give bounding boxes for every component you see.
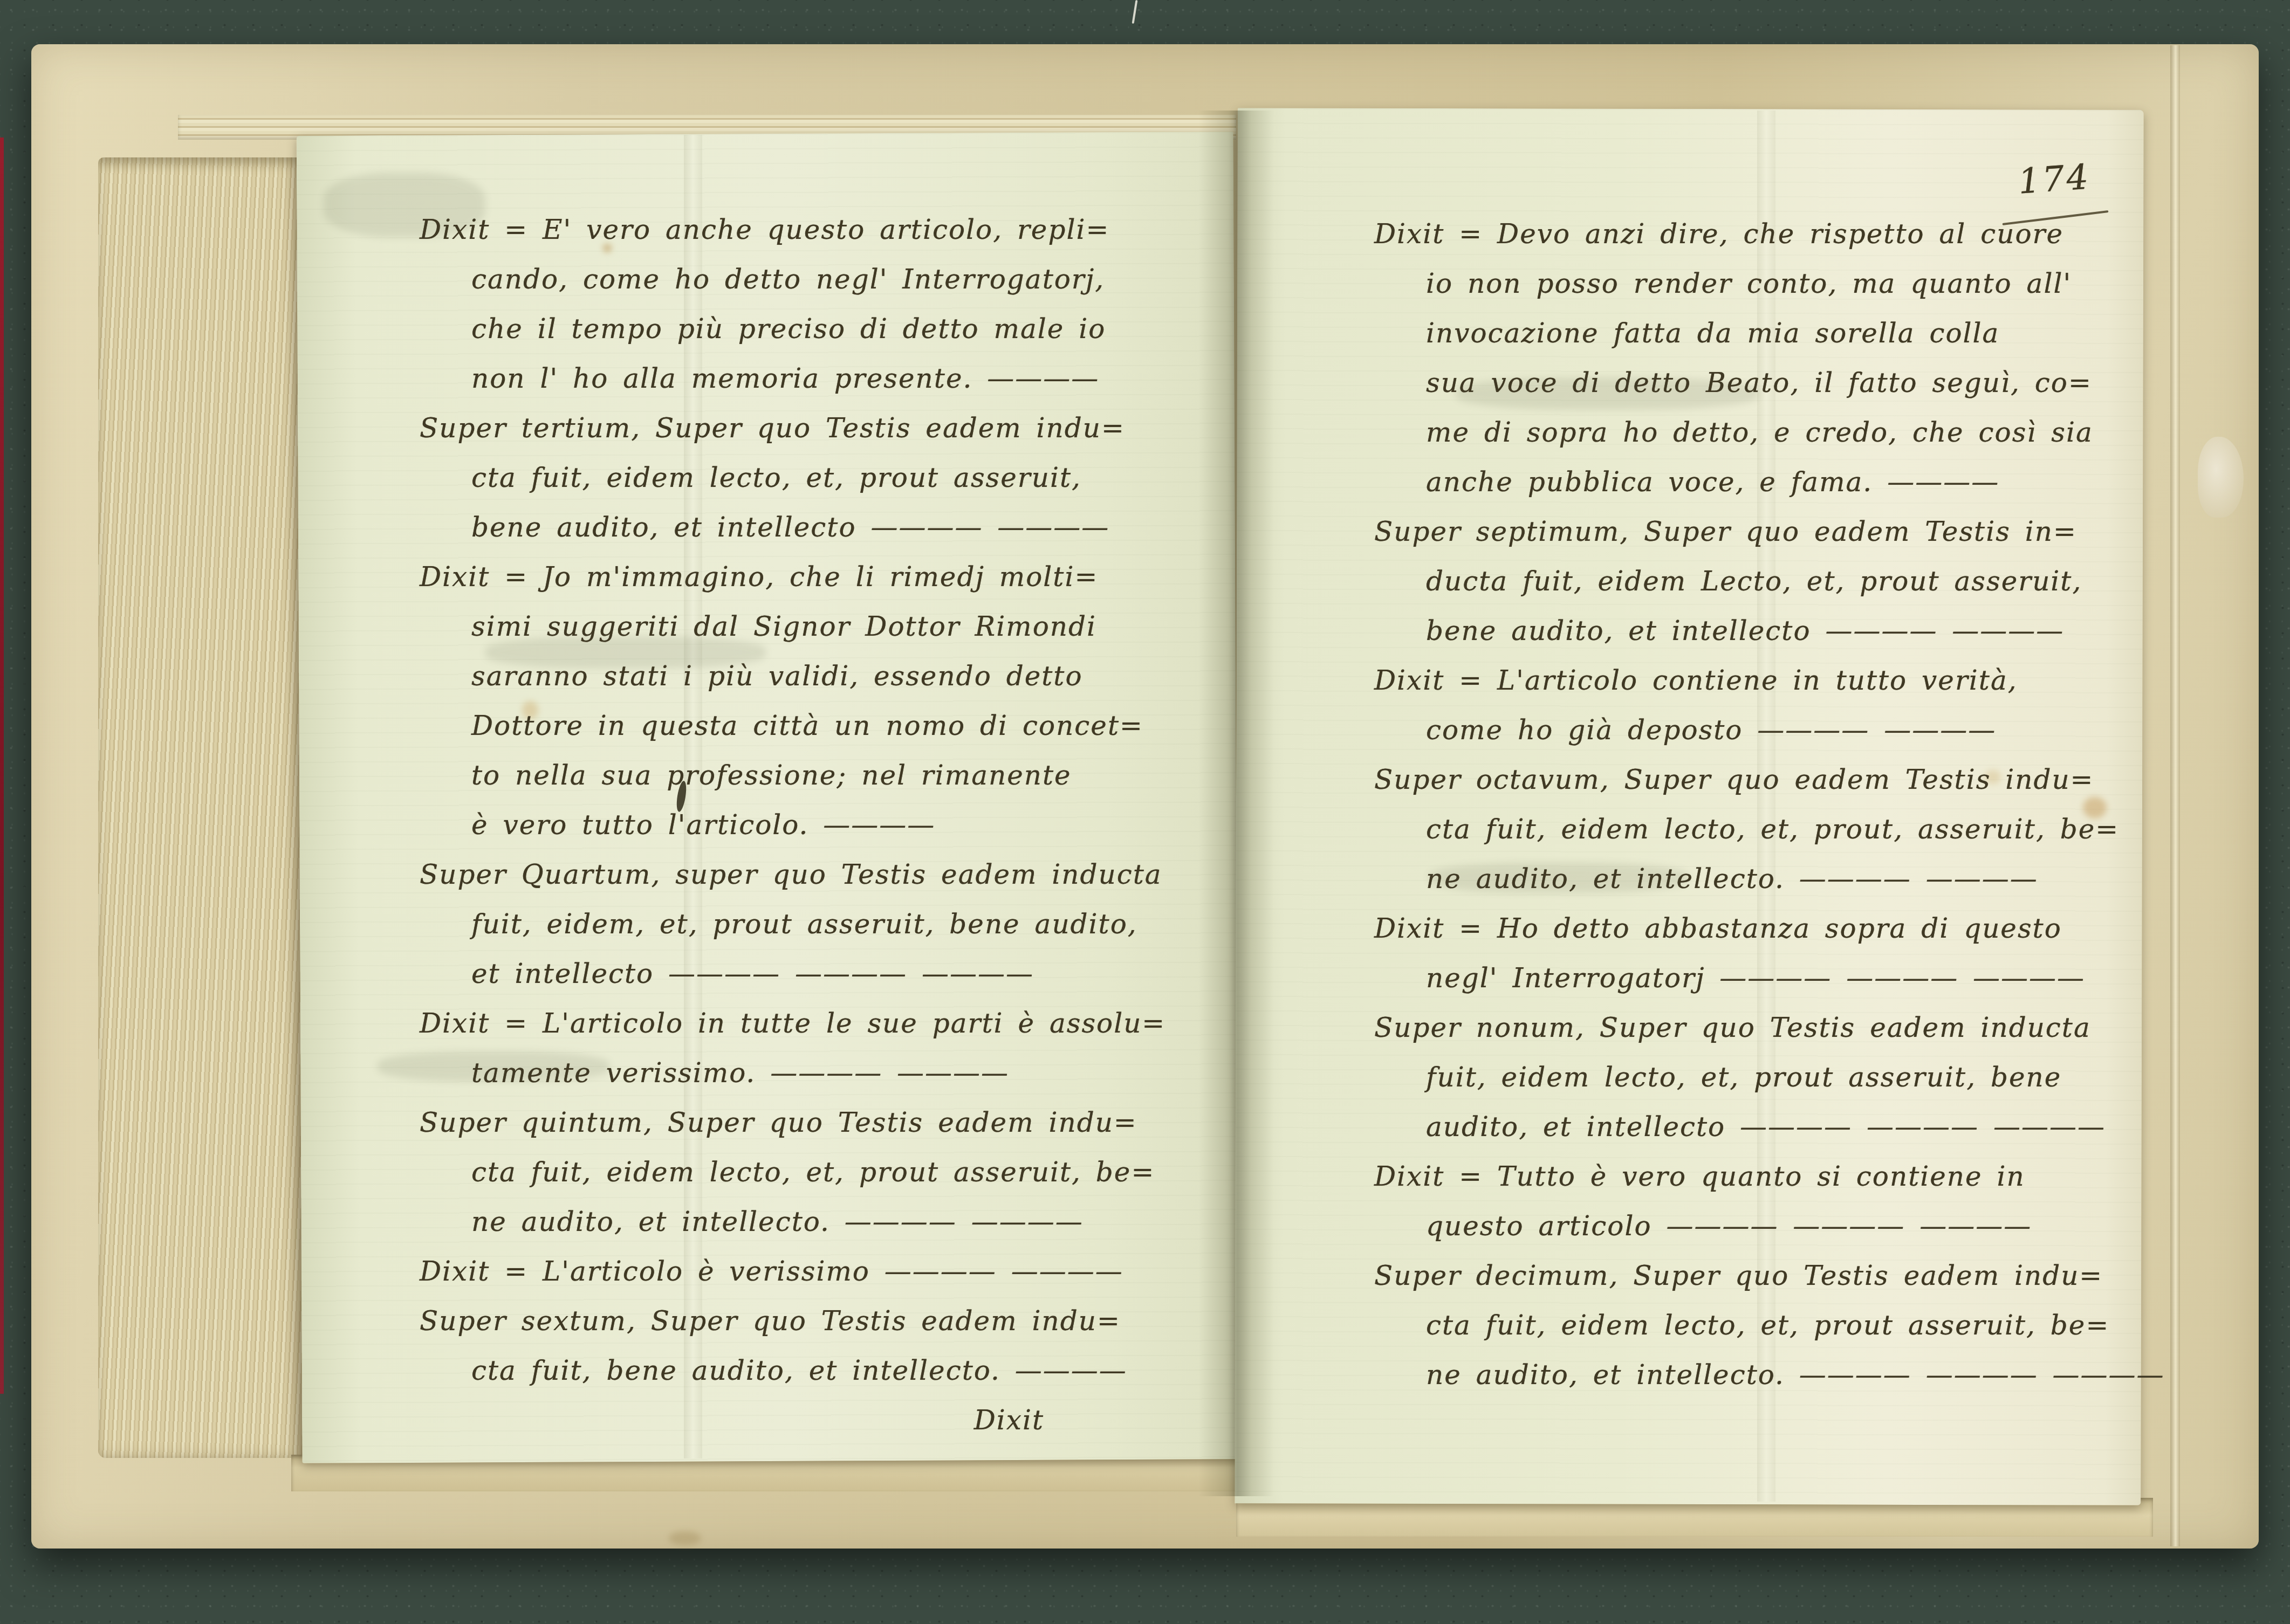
manuscript-line: cta fuit, eidem lecto, et, prout asserui…: [1374, 1300, 2142, 1350]
page-edges-stack-left: [98, 157, 303, 1458]
catchword: Dixit: [420, 1395, 1222, 1445]
manuscript-line: Dixit = L'articolo in tutte le sue parti…: [420, 999, 1222, 1048]
manuscript-line: Super Quartum, super quo Testis eadem in…: [420, 850, 1222, 899]
manuscript-line: anche pubblica voce, e fama. ————: [1374, 457, 2142, 507]
manuscript-line: tamente verissimo. ———— ————: [420, 1048, 1222, 1098]
manuscript-line: negl' Interrogatorj ———— ———— ————: [1374, 953, 2142, 1003]
manuscript-line: io non posso render conto, ma quanto all…: [1374, 259, 2142, 308]
manuscript-line: ne audito, et intellecto. ———— ————: [1374, 854, 2142, 904]
manuscript-line: to nella sua professione; nel rimanente: [420, 751, 1222, 800]
manuscript-line: Super sextum, Super quo Testis eadem ind…: [420, 1296, 1222, 1346]
left-page-text: Dixit = E' vero anche questo articolo, r…: [420, 205, 1222, 1445]
manuscript-line: sua voce di detto Beato, il fatto seguì,…: [1374, 358, 2142, 408]
page-number: 174: [2017, 157, 2092, 202]
manuscript-line: questo articolo ———— ———— ————: [1374, 1201, 2142, 1251]
manuscript-line: Dixit = Tutto è vero quanto si contiene …: [1374, 1152, 2142, 1201]
photo-left-red-edge: [0, 137, 4, 1394]
manuscript-line: Dottore in questa città un nomo di conce…: [420, 701, 1222, 751]
manuscript-line: cando, come ho detto negl' Interrogatorj…: [420, 254, 1222, 304]
manuscript-line: Super septimum, Super quo eadem Testis i…: [1374, 507, 2142, 556]
manuscript-line: cta fuit, eidem lecto, et, prout asserui…: [420, 1147, 1222, 1197]
right-page-text: Dixit = Devo anzi dire, che rispetto al …: [1374, 209, 2142, 1400]
manuscript-line: ne audito, et intellecto. ———— ————: [420, 1197, 1222, 1247]
manuscript-line: Super tertium, Super quo Testis eadem in…: [420, 403, 1222, 453]
manuscript-line: fuit, eidem, et, prout asseruit, bene au…: [420, 899, 1222, 949]
manuscript-line: ne audito, et intellecto. ———— ———— ————: [1374, 1350, 2142, 1400]
manuscript-line: bene audito, et intellecto ———— ————: [1374, 606, 2142, 656]
manuscript-line: cta fuit, eidem lecto, et, prout asserui…: [420, 453, 1222, 503]
manuscript-line: come ho già deposto ———— ————: [1374, 705, 2142, 755]
manuscript-line: Super nonum, Super quo Testis eadem indu…: [1374, 1003, 2142, 1052]
manuscript-line: Dixit = E' vero anche questo articolo, r…: [420, 205, 1222, 254]
manuscript-line: Super octavum, Super quo eadem Testis in…: [1374, 755, 2142, 804]
manuscript-line: è vero tutto l'articolo. ————: [420, 800, 1222, 850]
dust-fiber: [1132, 0, 1138, 24]
paper-stain: [669, 1531, 701, 1545]
manuscript-line: saranno stati i più validi, essendo dett…: [420, 651, 1222, 701]
manuscript-line: audito, et intellecto ———— ———— ————: [1374, 1102, 2142, 1152]
manuscript-line: invocazione fatta da mia sorella colla: [1374, 308, 2142, 358]
manuscript-line: Dixit = L'articolo contiene in tutto ver…: [1374, 656, 2142, 705]
manuscript-line: Super decimum, Super quo Testis eadem in…: [1374, 1251, 2142, 1300]
manuscript-line: Dixit = L'articolo è verissimo ———— ————: [420, 1247, 1222, 1296]
manuscript-line: fuit, eidem lecto, et, prout asseruit, b…: [1374, 1052, 2142, 1102]
manuscript-line: cta fuit, bene audito, et intellecto. ——…: [420, 1346, 1222, 1395]
photo-background: { "document": { "kind": "handwritten man…: [0, 0, 2290, 1624]
manuscript-line: bene audito, et intellecto ———— ————: [420, 503, 1222, 552]
manuscript-line: che il tempo più preciso di detto male i…: [420, 304, 1222, 354]
manuscript-line: cta fuit, eidem lecto, et, prout, asseru…: [1374, 804, 2142, 854]
manuscript-line: Super quintum, Super quo Testis eadem in…: [420, 1098, 1222, 1147]
manuscript-line: non l' ho alla memoria presente. ————: [420, 354, 1222, 403]
manuscript-line: simi suggeriti dal Signor Dottor Rimondi: [420, 602, 1222, 651]
manuscript-line: ducta fuit, eidem Lecto, et, prout asser…: [1374, 556, 2142, 606]
manuscript-line: Dixit = Devo anzi dire, che rispetto al …: [1374, 209, 2142, 259]
manuscript-line: me di sopra ho detto, e credo, che così …: [1374, 408, 2142, 457]
manuscript-line: et intellecto ———— ———— ————: [420, 949, 1222, 999]
manuscript-line: Dixit = Jo m'immagino, che li rimedj mol…: [420, 552, 1222, 602]
cover-fold-ridge: [2170, 45, 2180, 1546]
manuscript-line: Dixit = Ho detto abbastanza sopra di que…: [1374, 904, 2142, 953]
